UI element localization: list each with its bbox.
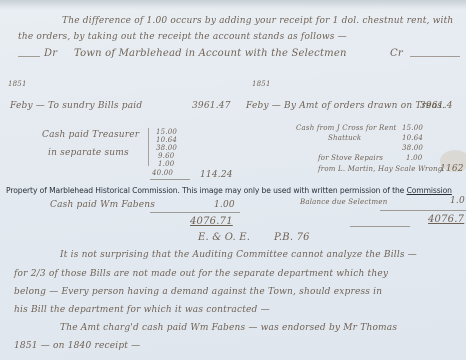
cash-from-label: Cash from J Cross for Rent xyxy=(296,124,397,132)
watermark-text: Property of Marblehead Historical Commis… xyxy=(6,186,407,195)
heading-rule-left xyxy=(18,56,40,57)
for-label: for Stove Repairs xyxy=(318,154,383,162)
cash-from-amount: 15.00 xyxy=(402,124,423,132)
shattuck-amount: 10.64 xyxy=(402,134,423,142)
cash-fabens-label: Cash paid Wm Fabens xyxy=(50,200,155,210)
total-rule-right xyxy=(380,210,466,211)
copyright-watermark: Property of Marblehead Historical Commis… xyxy=(6,186,466,195)
paper-fold-shadow xyxy=(0,0,466,10)
right-year: 1851 xyxy=(252,80,271,88)
para2-line2: 1851 — on 1840 receipt — xyxy=(14,341,140,351)
cash-amount: 15.00 xyxy=(156,128,177,136)
cash-fabens-amount: 1.00 xyxy=(214,200,235,210)
left-year: 1851 xyxy=(8,80,27,88)
cash-amount: 40.00 xyxy=(152,169,173,177)
separate-sums-label: in separate sums xyxy=(48,148,129,158)
intro-line-2: the orders, by taking out the receipt th… xyxy=(18,32,347,42)
right-main-amount: 3961.4 xyxy=(420,101,453,111)
left-total: 4076.71 xyxy=(190,216,233,227)
intro-line-1: The difference of 1.00 occurs by adding … xyxy=(62,16,453,26)
account-dr: Dr xyxy=(44,48,57,59)
para1-line2: for 2/3 of those Bills are not made out … xyxy=(14,269,388,279)
balance-amount: 1.0 xyxy=(450,196,465,206)
subtotal-rule xyxy=(150,179,190,180)
cash-amount: 10.64 xyxy=(156,136,177,144)
account-heading: Town of Marblehead in Account with the S… xyxy=(74,48,347,59)
from-label: from L. Martin, Hay Scale Wrong xyxy=(318,165,442,173)
watermark-commission-link: Commission xyxy=(407,186,452,195)
para1-line1: It is not surprising that the Auditing C… xyxy=(60,250,417,260)
brace xyxy=(148,128,149,166)
cash-amount: 1.00 xyxy=(158,160,174,168)
heading-rule-right xyxy=(410,56,460,57)
cash-subtotal: 114.24 xyxy=(200,170,233,180)
page-ref: P.B. 76 xyxy=(274,232,310,243)
left-main-amount: 3961.47 xyxy=(192,101,231,111)
shattuck-label: Shattuck xyxy=(328,134,361,142)
from-amount: 1162 xyxy=(440,164,464,174)
errors-omissions: E. & O. E. xyxy=(198,232,250,243)
para2-line1: The Amt charg'd cash paid Wm Fabens — wa… xyxy=(60,323,397,333)
right-total: 4076.7 xyxy=(428,214,464,225)
para1-line4: his Bill the department for which it was… xyxy=(14,305,270,315)
cash-treasurer-label: Cash paid Treasurer xyxy=(42,130,139,140)
cash-amount: 38.00 xyxy=(156,144,177,152)
total-rule-left xyxy=(150,212,240,213)
account-cr: Cr xyxy=(390,48,403,59)
for-amount: 1.00 xyxy=(406,154,422,162)
total-rule-right-2 xyxy=(350,226,410,227)
para1-line3: belong — Every person having a demand ag… xyxy=(14,287,382,297)
blank-amount: 38.00 xyxy=(402,144,423,152)
right-main-label: Feby — By Amt of orders drawn on Treas. xyxy=(246,101,445,111)
balance-label: Balance due Selectmen xyxy=(300,198,387,206)
cash-amount: 9.60 xyxy=(158,152,174,160)
left-main-label: Feby — To sundry Bills paid xyxy=(10,101,142,111)
